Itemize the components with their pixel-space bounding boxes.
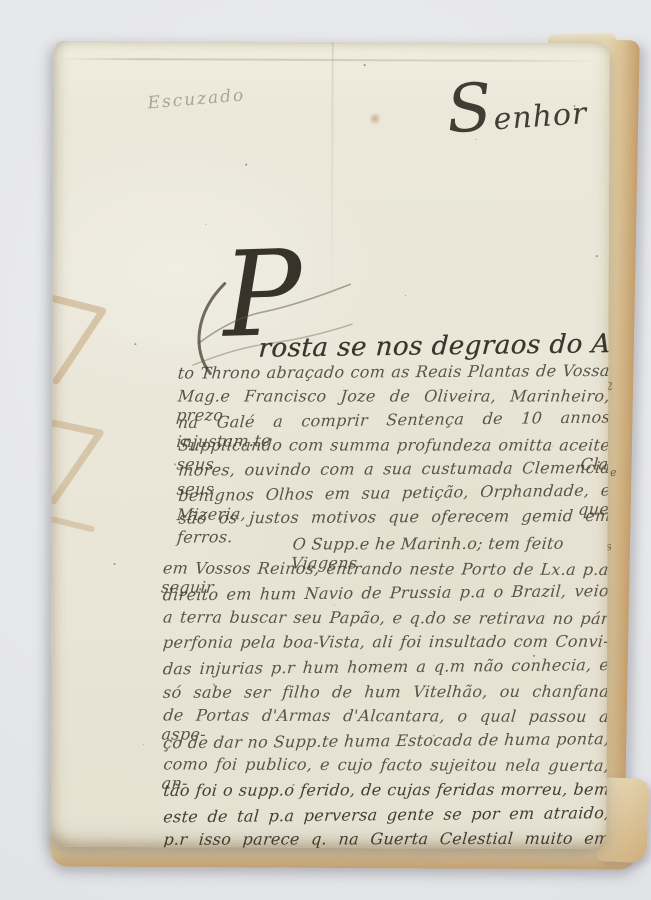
paragraph-1: to Throno abraçado com as Reais Plantas …	[177, 361, 609, 533]
manuscript-line: perfonia pela boa-Vista, ali foi insulta…	[162, 632, 610, 658]
manuscript-line: de Portas d'Armas d'Alcantara, o qual pa…	[162, 706, 610, 732]
fly-specks	[54, 41, 56, 43]
manuscript-line: Mag.e Francisco Joze de Oliveira, Marinh…	[177, 386, 610, 410]
manuscript-line: ço de dar no Supp.te huma Estocada de hu…	[162, 729, 610, 758]
manuscript-line: to Throno abraçado com as Reais Plantas …	[177, 361, 610, 388]
manuscript-line: este de tal p.a perversa gente se por em…	[162, 803, 610, 832]
manuscript-line: Supplicando com summa profundeza omitta …	[177, 435, 610, 459]
manuscript-line: são os justos motivos que oferecem gemid…	[177, 506, 609, 533]
manuscript-sheet: Escuzado Senhor P rosta se nos degraos d…	[50, 41, 610, 849]
salutation: Senhor	[444, 62, 589, 148]
pencil-note: Escuzado	[147, 85, 246, 113]
bleed-through-character: e	[609, 466, 617, 480]
opening-line: rosta se nos degraos do Augus	[258, 329, 610, 364]
binding-stain-zigzag	[50, 251, 121, 551]
manuscript-line: O Supp.e he Marinh.o; tem feito Viagens	[161, 534, 609, 560]
manuscript-line: das injurias p.r hum homem a q.m não con…	[162, 655, 610, 684]
manuscript-line: só sabe ser filho de hum Vitelhão, ou ch…	[162, 681, 610, 707]
manuscript-line: em Vossos Reinos, entrando neste Porto d…	[162, 558, 610, 584]
manuscript-line: tão foi o supp.o ferido, de cujas ferida…	[162, 780, 610, 806]
top-fold-crease	[59, 58, 598, 62]
photo-of-manuscript: 2 e s Escuzado Senhor P rosta se nos deg…	[0, 0, 651, 900]
paper-stain	[369, 112, 380, 125]
manuscript-line: a terra buscar seu Papão, e q.do se reti…	[162, 607, 610, 633]
manuscript-line: como foi publico, e cujo facto sujeitou …	[162, 755, 610, 781]
manuscript-line: p.r isso parece q. na Guerta Celestial m…	[162, 829, 609, 849]
paragraph-2: O Supp.e he Marinh.o; tem feito Viagens …	[162, 534, 609, 850]
manuscript-line: direito em hum Navio de Prussia p.a o Br…	[162, 581, 610, 610]
manuscript-line: na Galé a comprir Sentença de 10 annos i…	[177, 408, 610, 438]
